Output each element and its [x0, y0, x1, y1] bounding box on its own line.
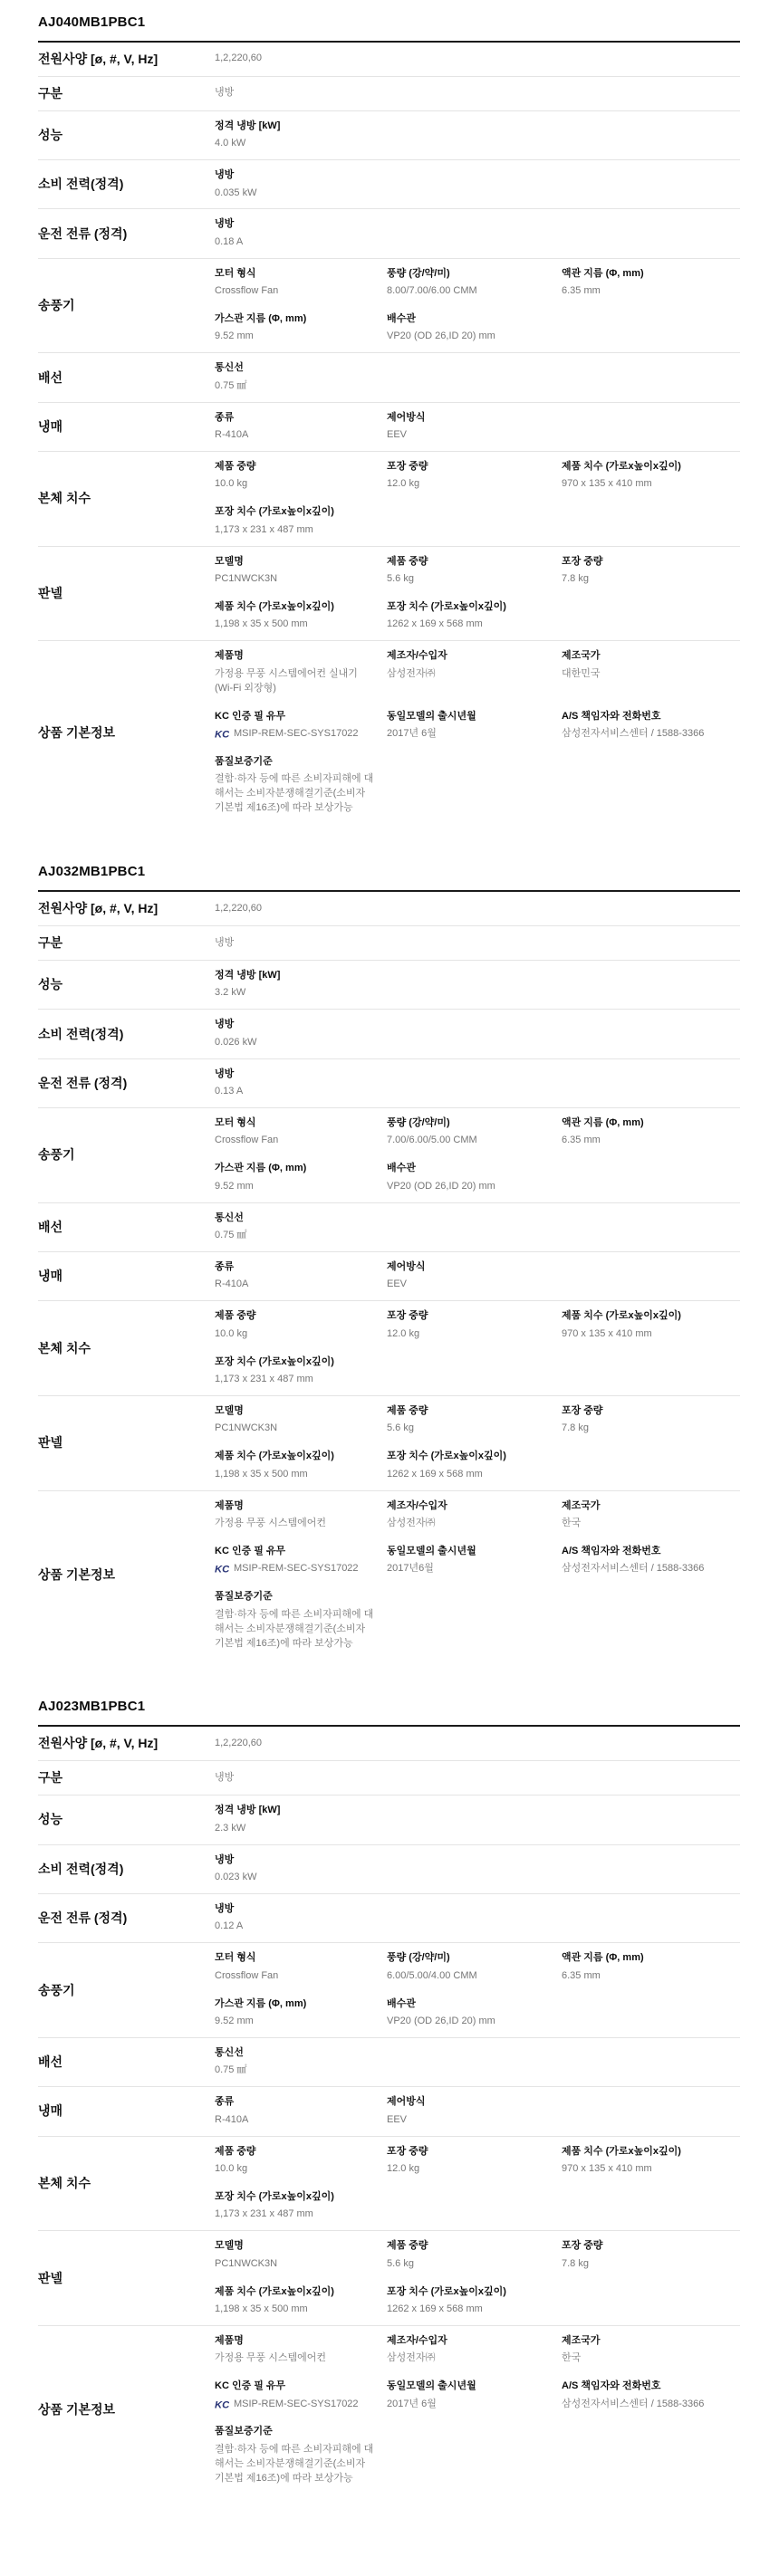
field: 가스관 지름 (Φ, mm)9.52 mm	[215, 1997, 387, 2029]
field: 제품명가정용 무풍 시스템에어컨	[215, 1499, 387, 1531]
field-value-text: 1,198 x 35 x 500 mm	[215, 618, 308, 632]
field: 냉방0.12 A	[215, 1902, 387, 1934]
field-value: KCMSIP-REM-SEC-SYS17022	[215, 1562, 374, 1576]
field-name: 제어방식	[387, 411, 549, 425]
field-value: PC1NWCK3N	[215, 572, 374, 587]
field-value-text: 5.6 kg	[387, 2257, 414, 2272]
field-grid: 통신선0.75 ㎟	[215, 1211, 740, 1243]
field-value-text: 7.00/6.00/5.00 CMM	[387, 1134, 477, 1148]
field-grid: 정격 냉방 [kW]3.2 kW	[215, 969, 740, 1001]
kc-certification-mark-icon: KC	[215, 1563, 229, 1575]
field-grid: 제품 중량10.0 kg포장 중량12.0 kg제품 치수 (가로x높이x깊이)…	[215, 1309, 740, 1387]
field-value: 6.00/5.00/4.00 CMM	[387, 1969, 549, 1984]
row-label: 전원사양 [ø, #, V, Hz]	[38, 1735, 215, 1752]
field-grid: 냉방0.12 A	[215, 1902, 740, 1934]
field-value: 7.00/6.00/5.00 CMM	[387, 1134, 549, 1148]
field-name: 배수관	[387, 1997, 549, 2011]
spec-row: 구분냉방	[38, 926, 740, 961]
field-name: 냉방	[215, 168, 374, 182]
field-grid: 정격 냉방 [kW]4.0 kW	[215, 120, 740, 151]
field-name: 배수관	[387, 1162, 549, 1175]
spec-row: 냉매종류R-410A제어방식EEV	[38, 2087, 740, 2136]
field: A/S 책임자와 전화번호삼성전자서비스센터 / 1588-3366	[562, 710, 740, 742]
field-value: 6.35 mm	[562, 1969, 727, 1984]
field-value-text: MSIP-REM-SEC-SYS17022	[234, 727, 359, 742]
field-value-text: 970 x 135 x 410 mm	[562, 477, 652, 492]
field-name: 가스관 지름 (Φ, mm)	[215, 312, 374, 326]
field-value-text: 7.8 kg	[562, 572, 589, 587]
field-value: 1,198 x 35 x 500 mm	[215, 618, 374, 632]
row-label: 성능	[38, 976, 215, 993]
field-value: 5.6 kg	[387, 572, 549, 587]
field: 1,2,220,60	[215, 1737, 387, 1751]
field-name: 제품 치수 (가로x높이x깊이)	[215, 600, 374, 614]
field-grid: 모델명PC1NWCK3N제품 중량5.6 kg포장 중량7.8 kg제품 치수 …	[215, 1404, 740, 1482]
field: 포장 중량12.0 kg	[387, 2145, 562, 2177]
field-value: 삼성전자서비스센터 / 1588-3366	[562, 1562, 727, 1576]
field: 포장 중량12.0 kg	[387, 1309, 562, 1341]
field: 모델명PC1NWCK3N	[215, 2239, 387, 2271]
field-value: 0.035 kW	[215, 187, 374, 201]
field-value: 삼성전자서비스센터 / 1588-3366	[562, 727, 727, 742]
field-value-text: 6.00/5.00/4.00 CMM	[387, 1969, 477, 1984]
field-value-text: 5.6 kg	[387, 572, 414, 587]
spec-row: 배선통신선0.75 ㎟	[38, 1203, 740, 1252]
field: 풍량 (강/약/미)8.00/7.00/6.00 CMM	[387, 267, 562, 299]
field-value-text: PC1NWCK3N	[215, 1422, 277, 1436]
field-value: 7.8 kg	[562, 2257, 727, 2272]
field-value-text: 1262 x 169 x 568 mm	[387, 1468, 483, 1482]
field-value: 1,173 x 231 x 487 mm	[215, 1373, 374, 1387]
field-value-text: EEV	[387, 1278, 407, 1292]
field-value: EEV	[387, 2113, 549, 2128]
field: 제조국가대한민국	[562, 649, 740, 681]
field-value: 1,173 x 231 x 487 mm	[215, 2207, 374, 2222]
field-value-text: 5.6 kg	[387, 1422, 414, 1436]
field: 제품 중량5.6 kg	[387, 1404, 562, 1436]
field-value-text: EEV	[387, 2113, 407, 2128]
field-value: 냉방	[215, 936, 374, 951]
field: 포장 중량7.8 kg	[562, 2239, 740, 2271]
field: 제품 치수 (가로x높이x깊이)970 x 135 x 410 mm	[562, 1309, 740, 1341]
field: 냉방0.023 kW	[215, 1853, 387, 1885]
field-value: 한국	[562, 1517, 727, 1531]
field-name: 종류	[215, 1260, 374, 1274]
field: 냉방	[215, 1771, 387, 1786]
field-grid: 냉방	[215, 1771, 740, 1786]
field: 풍량 (강/약/미)6.00/5.00/4.00 CMM	[387, 1951, 562, 1983]
field-value: 12.0 kg	[387, 2162, 549, 2177]
field-value: 가정용 무풍 시스템에어컨	[215, 2351, 374, 2366]
field-value-text: 0.13 A	[215, 1085, 243, 1099]
field-grid: 냉방0.18 A	[215, 217, 740, 249]
field: 품질보증기준결함·하자 등에 따른 소비자피해에 대해서는 소비자분쟁해결기준(…	[215, 755, 387, 816]
row-label: 소비 전력(정격)	[38, 1861, 215, 1878]
field-name: 제조국가	[562, 649, 727, 663]
field-name: 제조국가	[562, 1499, 727, 1513]
field-value: EEV	[387, 428, 549, 443]
field-value-text: MSIP-REM-SEC-SYS17022	[234, 2398, 359, 2412]
row-label: 본체 치수	[38, 1340, 215, 1357]
field-name: 포장 중량	[387, 2145, 549, 2159]
field: 가스관 지름 (Φ, mm)9.52 mm	[215, 1162, 387, 1193]
field-value: 0.75 ㎟	[215, 379, 374, 394]
spec-row: 상품 기본정보제품명가정용 무풍 시스템에어컨제조자/수입자삼성전자㈜제조국가한…	[38, 1491, 740, 1660]
spec-row: 판넬모델명PC1NWCK3N제품 중량5.6 kg포장 중량7.8 kg제품 치…	[38, 547, 740, 642]
field-name: 제품 중량	[215, 460, 374, 474]
field: 품질보증기준결함·하자 등에 따른 소비자피해에 대해서는 소비자분쟁해결기준(…	[215, 1590, 387, 1651]
spec-row: 소비 전력(정격)냉방0.035 kW	[38, 160, 740, 209]
field: 풍량 (강/약/미)7.00/6.00/5.00 CMM	[387, 1116, 562, 1148]
field: 포장 치수 (가로x높이x깊이)1262 x 169 x 568 mm	[387, 2285, 562, 2317]
field-value: 970 x 135 x 410 mm	[562, 477, 727, 492]
field: 제어방식EEV	[387, 411, 562, 443]
field-grid: 제품명가정용 무풍 시스템에어컨 실내기 (Wi-Fi 외장형)제조자/수입자삼…	[215, 649, 740, 816]
field: 1,2,220,60	[215, 52, 387, 66]
field-value-text: 1,198 x 35 x 500 mm	[215, 1468, 308, 1482]
row-label: 운전 전류 (정격)	[38, 1075, 215, 1092]
field-value-text: R-410A	[215, 428, 248, 443]
field-value: 10.0 kg	[215, 2162, 374, 2177]
row-label: 냉매	[38, 418, 215, 436]
field-name: 포장 중량	[387, 460, 549, 474]
field: 제조국가한국	[562, 1499, 740, 1531]
field: 배수관VP20 (OD 26,ID 20) mm	[387, 1162, 562, 1193]
spec-row: 배선통신선0.75 ㎟	[38, 353, 740, 402]
field-name: 냉방	[215, 217, 374, 231]
field-value: 5.6 kg	[387, 1422, 549, 1436]
field-name: 냉방	[215, 1902, 374, 1916]
field-value: 냉방	[215, 86, 374, 101]
field-value-text: 삼성전자㈜	[387, 667, 436, 682]
field-name: 모터 형식	[215, 1116, 374, 1130]
row-label: 송풍기	[38, 1982, 215, 1999]
field-name: 풍량 (강/약/미)	[387, 1116, 549, 1130]
field-name: 제품명	[215, 649, 374, 663]
field: 냉방0.13 A	[215, 1068, 387, 1099]
spec-row: 본체 치수제품 중량10.0 kg포장 중량12.0 kg제품 치수 (가로x높…	[38, 2137, 740, 2232]
field-name: 액관 지름 (Φ, mm)	[562, 1116, 727, 1130]
field: 종류R-410A	[215, 411, 387, 443]
field-value-text: 결함·하자 등에 따른 소비자피해에 대해서는 소비자분쟁해결기준(소비자기본법…	[215, 1608, 374, 1652]
row-label: 본체 치수	[38, 2175, 215, 2192]
field-name: 제조자/수입자	[387, 1499, 549, 1513]
field: 냉방0.026 kW	[215, 1018, 387, 1049]
field-grid: 모델명PC1NWCK3N제품 중량5.6 kg포장 중량7.8 kg제품 치수 …	[215, 2239, 740, 2317]
field-value-text: 970 x 135 x 410 mm	[562, 1327, 652, 1342]
field-value: 8.00/7.00/6.00 CMM	[387, 284, 549, 299]
row-label: 배선	[38, 369, 215, 387]
field-grid: 냉방	[215, 936, 740, 951]
field: 제품명가정용 무풍 시스템에어컨 실내기 (Wi-Fi 외장형)	[215, 649, 387, 695]
spec-row: 운전 전류 (정격)냉방0.12 A	[38, 1894, 740, 1943]
field-value-text: 냉방	[215, 1771, 234, 1786]
field-value: 12.0 kg	[387, 477, 549, 492]
field: 모터 형식Crossflow Fan	[215, 1951, 387, 1983]
field-value: Crossflow Fan	[215, 1969, 374, 1984]
field-grid: 냉방0.035 kW	[215, 168, 740, 200]
field-name: 냉방	[215, 1068, 374, 1081]
field-value: 2017년 6월	[387, 2398, 549, 2412]
spec-row: 전원사양 [ø, #, V, Hz]1,2,220,60	[38, 43, 740, 77]
field: KC 인증 필 유무KCMSIP-REM-SEC-SYS17022	[215, 2380, 387, 2411]
field-grid: 냉방	[215, 86, 740, 101]
field-value: 7.8 kg	[562, 1422, 727, 1436]
field-name: 동일모델의 출시년월	[387, 1545, 549, 1558]
spec-row: 소비 전력(정격)냉방0.026 kW	[38, 1010, 740, 1058]
field-name: 제조자/수입자	[387, 2334, 549, 2348]
field-value-text: 0.12 A	[215, 1920, 243, 1934]
field-name: 제품 중량	[215, 1309, 374, 1323]
row-label: 소비 전력(정격)	[38, 176, 215, 193]
field-name: 제품 중량	[387, 555, 549, 569]
field-value: 0.12 A	[215, 1920, 374, 1934]
field-value-text: 가정용 무풍 시스템에어컨	[215, 2351, 326, 2366]
field-value-text: 3.2 kW	[215, 986, 245, 1001]
field-value: 결함·하자 등에 따른 소비자피해에 대해서는 소비자분쟁해결기준(소비자기본법…	[215, 2443, 374, 2486]
field: 제품 치수 (가로x높이x깊이)1,198 x 35 x 500 mm	[215, 2285, 387, 2317]
row-label: 구분	[38, 934, 215, 952]
field: 냉방	[215, 936, 387, 951]
field-value-text: 0.75 ㎟	[215, 379, 246, 394]
field-value: Crossflow Fan	[215, 284, 374, 299]
field-value-text: 0.026 kW	[215, 1036, 256, 1050]
field-value: 9.52 mm	[215, 2015, 374, 2029]
field-value: 0.023 kW	[215, 1871, 374, 1885]
spec-row: 송풍기모터 형식Crossflow Fan풍량 (강/약/미)7.00/6.00…	[38, 1108, 740, 1203]
field-value: 1,2,220,60	[215, 1737, 374, 1751]
field: 가스관 지름 (Φ, mm)9.52 mm	[215, 312, 387, 344]
field-name: 정격 냉방 [kW]	[215, 120, 374, 133]
field-value: 5.6 kg	[387, 2257, 549, 2272]
field-value-text: 1,2,220,60	[215, 1737, 262, 1751]
field-value: 결함·하자 등에 따른 소비자피해에 대해서는 소비자분쟁해결기준(소비자기본법…	[215, 772, 374, 816]
field-value-text: 8.00/7.00/6.00 CMM	[387, 284, 477, 299]
model-title: AJ040MB1PBC1	[38, 14, 740, 43]
field-name: 종류	[215, 2095, 374, 2109]
field: 통신선0.75 ㎟	[215, 361, 387, 393]
field-value-text: 가정용 무풍 시스템에어컨	[215, 1517, 326, 1531]
field-name: 포장 치수 (가로x높이x깊이)	[387, 1450, 549, 1463]
field: 모델명PC1NWCK3N	[215, 555, 387, 587]
field-name: 제품 치수 (가로x높이x깊이)	[562, 1309, 727, 1323]
field-value-text: 가정용 무풍 시스템에어컨 실내기 (Wi-Fi 외장형)	[215, 667, 374, 696]
spec-row: 판넬모델명PC1NWCK3N제품 중량5.6 kg포장 중량7.8 kg제품 치…	[38, 1396, 740, 1491]
field: 모터 형식Crossflow Fan	[215, 267, 387, 299]
field-value-text: 한국	[562, 2351, 581, 2366]
field-value: KCMSIP-REM-SEC-SYS17022	[215, 2398, 374, 2412]
field-value: 1,2,220,60	[215, 902, 374, 916]
row-label: 판넬	[38, 585, 215, 602]
field-value: 1262 x 169 x 568 mm	[387, 1468, 549, 1482]
product-spec-sheet: AJ040MB1PBC1전원사양 [ø, #, V, Hz]1,2,220,60…	[0, 0, 779, 2576]
field: 정격 냉방 [kW]2.3 kW	[215, 1804, 387, 1835]
row-label: 냉매	[38, 1268, 215, 1285]
field-value-text: EEV	[387, 428, 407, 443]
row-label: 소비 전력(정격)	[38, 1026, 215, 1043]
field-value-text: 냉방	[215, 936, 234, 951]
row-label: 송풍기	[38, 1146, 215, 1164]
field: 동일모델의 출시년월2017년6월	[387, 1545, 562, 1576]
field-value-text: 12.0 kg	[387, 477, 419, 492]
field-value-text: 결함·하자 등에 따른 소비자피해에 대해서는 소비자분쟁해결기준(소비자기본법…	[215, 2443, 374, 2486]
field-name: 모델명	[215, 555, 374, 569]
row-label: 상품 기본정보	[38, 2401, 215, 2418]
field-value: KCMSIP-REM-SEC-SYS17022	[215, 727, 374, 742]
spec-row: 송풍기모터 형식Crossflow Fan풍량 (강/약/미)6.00/5.00…	[38, 1943, 740, 2038]
field-name: 제품명	[215, 1499, 374, 1513]
spec-row: 상품 기본정보제품명가정용 무풍 시스템에어컨제조자/수입자삼성전자㈜제조국가한…	[38, 2326, 740, 2495]
field: 제조국가한국	[562, 2334, 740, 2366]
field: 포장 중량7.8 kg	[562, 1404, 740, 1436]
field-value-text: PC1NWCK3N	[215, 572, 277, 587]
spec-row: 본체 치수제품 중량10.0 kg포장 중량12.0 kg제품 치수 (가로x높…	[38, 1301, 740, 1396]
field-grid: 종류R-410A제어방식EEV	[215, 2095, 740, 2127]
field-value: 6.35 mm	[562, 1134, 727, 1148]
spec-row: 소비 전력(정격)냉방0.023 kW	[38, 1845, 740, 1894]
field-grid: 제품명가정용 무풍 시스템에어컨제조자/수입자삼성전자㈜제조국가한국KC 인증 …	[215, 1499, 740, 1652]
field-value-text: 970 x 135 x 410 mm	[562, 2162, 652, 2177]
field: 제어방식EEV	[387, 2095, 562, 2127]
field-name: 품질보증기준	[215, 755, 374, 769]
field-value-text: 0.18 A	[215, 235, 243, 250]
field: 배수관VP20 (OD 26,ID 20) mm	[387, 312, 562, 344]
field-name: 제어방식	[387, 2095, 549, 2109]
field-grid: 1,2,220,60	[215, 52, 740, 66]
field-value: 970 x 135 x 410 mm	[562, 1327, 727, 1342]
field: 포장 치수 (가로x높이x깊이)1262 x 169 x 568 mm	[387, 600, 562, 632]
field: 포장 치수 (가로x높이x깊이)1,173 x 231 x 487 mm	[215, 505, 387, 537]
row-label: 송풍기	[38, 297, 215, 314]
field: 액관 지름 (Φ, mm)6.35 mm	[562, 267, 740, 299]
field: 정격 냉방 [kW]3.2 kW	[215, 969, 387, 1001]
field-value: 0.18 A	[215, 235, 374, 250]
field-name: 통신선	[215, 1211, 374, 1225]
field-value: PC1NWCK3N	[215, 1422, 374, 1436]
field-value: 결함·하자 등에 따른 소비자피해에 대해서는 소비자분쟁해결기준(소비자기본법…	[215, 1608, 374, 1652]
field-name: A/S 책임자와 전화번호	[562, 2380, 727, 2393]
spec-row: 성능정격 냉방 [kW]3.2 kW	[38, 961, 740, 1010]
field-name: 모터 형식	[215, 1951, 374, 1965]
row-label: 판넬	[38, 1434, 215, 1451]
field-value: 삼성전자㈜	[387, 2351, 549, 2366]
row-label: 운전 전류 (정격)	[38, 1910, 215, 1927]
field: 제품 중량10.0 kg	[215, 2145, 387, 2177]
field: 포장 치수 (가로x높이x깊이)1,173 x 231 x 487 mm	[215, 1355, 387, 1387]
kc-certification-mark-icon: KC	[215, 728, 229, 740]
model-title: AJ023MB1PBC1	[38, 1699, 740, 1727]
field-value-text: 0.035 kW	[215, 187, 256, 201]
field-value: Crossflow Fan	[215, 1134, 374, 1148]
spec-row: 냉매종류R-410A제어방식EEV	[38, 403, 740, 452]
field: 동일모델의 출시년월2017년 6월	[387, 710, 562, 742]
field: 품질보증기준결함·하자 등에 따른 소비자피해에 대해서는 소비자분쟁해결기준(…	[215, 2425, 387, 2485]
field-value: 한국	[562, 2351, 727, 2366]
field-value-text: 삼성전자서비스센터 / 1588-3366	[562, 2398, 704, 2412]
field-name: 가스관 지름 (Φ, mm)	[215, 1162, 374, 1175]
field-name: 포장 치수 (가로x높이x깊이)	[387, 2285, 549, 2299]
field-name: 정격 냉방 [kW]	[215, 1804, 374, 1817]
field: 냉방	[215, 86, 387, 101]
field-value: 970 x 135 x 410 mm	[562, 2162, 727, 2177]
kc-certification-mark-icon: KC	[215, 2399, 229, 2410]
field-name: 제품 치수 (가로x높이x깊이)	[215, 2285, 374, 2299]
spec-row: 송풍기모터 형식Crossflow Fan풍량 (강/약/미)8.00/7.00…	[38, 259, 740, 354]
field-value: 0.75 ㎟	[215, 1229, 374, 1243]
field-value-text: 9.52 mm	[215, 2015, 254, 2029]
field: A/S 책임자와 전화번호삼성전자서비스센터 / 1588-3366	[562, 2380, 740, 2411]
field-value-text: Crossflow Fan	[215, 1969, 278, 1984]
field-value-text: 6.35 mm	[562, 1134, 601, 1148]
field-name: A/S 책임자와 전화번호	[562, 1545, 727, 1558]
field-value: 1262 x 169 x 568 mm	[387, 618, 549, 632]
field: 제품 치수 (가로x높이x깊이)970 x 135 x 410 mm	[562, 2145, 740, 2177]
field-value: VP20 (OD 26,ID 20) mm	[387, 1180, 549, 1194]
field-grid: 제품명가정용 무풍 시스템에어컨제조자/수입자삼성전자㈜제조국가한국KC 인증 …	[215, 2334, 740, 2486]
field-value: 0.75 ㎟	[215, 2064, 374, 2078]
field: 1,2,220,60	[215, 902, 387, 916]
field-name: 액관 지름 (Φ, mm)	[562, 267, 727, 281]
row-label: 배선	[38, 1219, 215, 1236]
field-name: 제품 치수 (가로x높이x깊이)	[562, 460, 727, 474]
field-grid: 냉방0.023 kW	[215, 1853, 740, 1885]
row-label: 배선	[38, 2054, 215, 2071]
field: 제품 치수 (가로x높이x깊이)970 x 135 x 410 mm	[562, 460, 740, 492]
field-grid: 모터 형식Crossflow Fan풍량 (강/약/미)6.00/5.00/4.…	[215, 1951, 740, 2029]
field: KC 인증 필 유무KCMSIP-REM-SEC-SYS17022	[215, 1545, 387, 1576]
field-value-text: 2017년 6월	[387, 2398, 437, 2412]
field-name: 동일모델의 출시년월	[387, 2380, 549, 2393]
field: 포장 중량12.0 kg	[387, 460, 562, 492]
field-name: 제품명	[215, 2334, 374, 2348]
field-value: 0.13 A	[215, 1085, 374, 1099]
field-name: 풍량 (강/약/미)	[387, 267, 549, 281]
field-name: 품질보증기준	[215, 2425, 374, 2438]
row-label: 운전 전류 (정격)	[38, 225, 215, 243]
field-value: 0.026 kW	[215, 1036, 374, 1050]
field-name: 포장 치수 (가로x높이x깊이)	[387, 600, 549, 614]
field-value: EEV	[387, 1278, 549, 1292]
field: 제품 중량10.0 kg	[215, 460, 387, 492]
svg-text:KC: KC	[215, 1565, 229, 1575]
field-value: 가정용 무풍 시스템에어컨 실내기 (Wi-Fi 외장형)	[215, 667, 374, 696]
field-name: A/S 책임자와 전화번호	[562, 710, 727, 723]
model-section: AJ040MB1PBC1전원사양 [ø, #, V, Hz]1,2,220,60…	[38, 14, 740, 824]
field-value: 1,173 x 231 x 487 mm	[215, 523, 374, 538]
field-value-text: Crossflow Fan	[215, 284, 278, 299]
field: 포장 중량7.8 kg	[562, 555, 740, 587]
field-value: 삼성전자서비스센터 / 1588-3366	[562, 2398, 727, 2412]
field-value: VP20 (OD 26,ID 20) mm	[387, 2015, 549, 2029]
field-grid: 모터 형식Crossflow Fan풍량 (강/약/미)8.00/7.00/6.…	[215, 267, 740, 345]
field: A/S 책임자와 전화번호삼성전자서비스센터 / 1588-3366	[562, 1545, 740, 1576]
field: 동일모델의 출시년월2017년 6월	[387, 2380, 562, 2411]
field-grid: 정격 냉방 [kW]2.3 kW	[215, 1804, 740, 1835]
field-name: KC 인증 필 유무	[215, 710, 374, 723]
field-name: 포장 치수 (가로x높이x깊이)	[215, 1355, 374, 1369]
field-value: 1,2,220,60	[215, 52, 374, 66]
field-value-text: VP20 (OD 26,ID 20) mm	[387, 1180, 495, 1194]
field-name: 제품 치수 (가로x높이x깊이)	[562, 2145, 727, 2159]
row-label: 구분	[38, 85, 215, 102]
field: 제품 치수 (가로x높이x깊이)1,198 x 35 x 500 mm	[215, 1450, 387, 1481]
field-name: 가스관 지름 (Φ, mm)	[215, 1997, 374, 2011]
field-grid: 모터 형식Crossflow Fan풍량 (강/약/미)7.00/6.00/5.…	[215, 1116, 740, 1194]
field-value: VP20 (OD 26,ID 20) mm	[387, 330, 549, 344]
field-value-text: 결함·하자 등에 따른 소비자피해에 대해서는 소비자분쟁해결기준(소비자기본법…	[215, 772, 374, 816]
field-name: 모터 형식	[215, 267, 374, 281]
field-value: 7.8 kg	[562, 572, 727, 587]
